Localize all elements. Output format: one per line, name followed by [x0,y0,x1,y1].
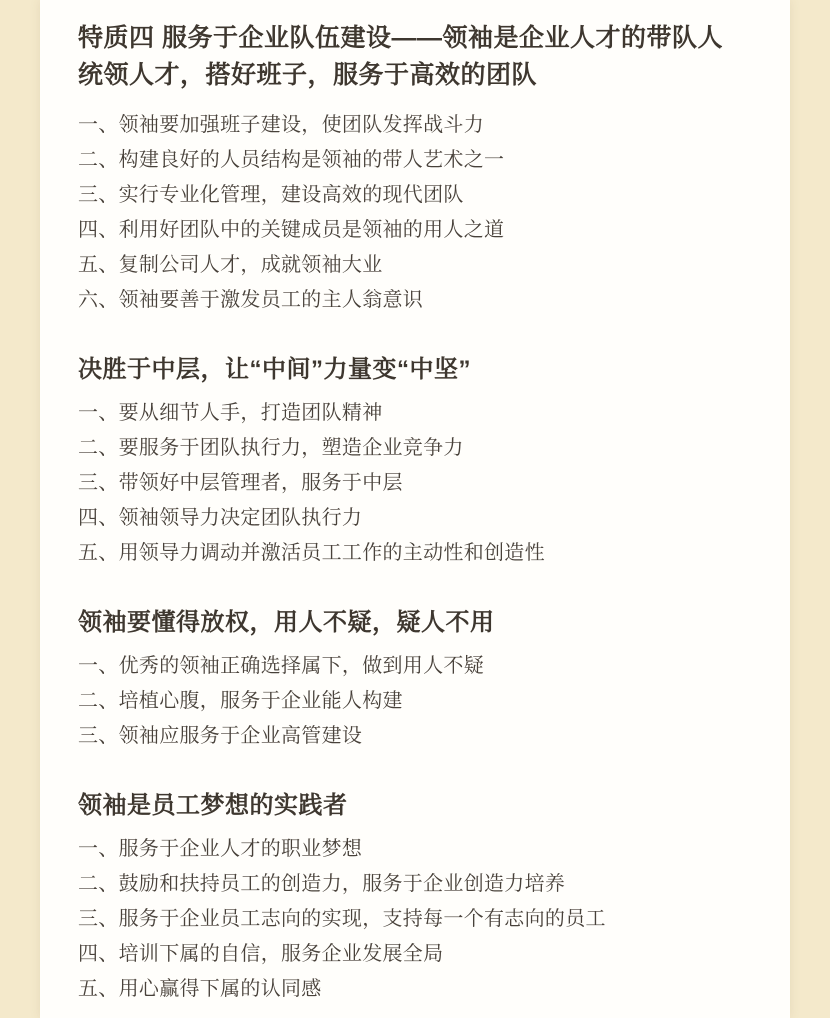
list-item: 五、用领导力调动并激活员工工作的主动性和创造性 [78,536,752,571]
list-item: 三、实行专业化管理，建设高效的现代团队 [78,178,752,213]
list-item: 一、服务于企业人才的职业梦想 [78,832,752,867]
list-item: 一、优秀的领袖正确选择属下，做到用人不疑 [78,649,752,684]
list-item: 三、服务于企业员工志向的实现，支持每一个有志向的员工 [78,902,752,937]
section-1-list: 一、领袖要加强班子建设，使团队发挥战斗力 二、构建良好的人员结构是领袖的带人艺术… [78,108,752,318]
list-item: 三、领袖应服务于企业高管建设 [78,719,752,754]
list-item: 六、领袖要善于激发员工的主人翁意识 [78,283,752,318]
list-item: 四、培训下属的自信，服务企业发展全局 [78,937,752,972]
list-item: 五、用心赢得下属的认同感 [78,972,752,1007]
list-item: 三、带领好中层管理者，服务于中层 [78,466,752,501]
list-item: 四、领袖领导力决定团队执行力 [78,501,752,536]
section-2-heading: 决胜于中层，让“中间”力量变“中坚” [78,354,752,386]
list-item: 一、领袖要加强班子建设，使团队发挥战斗力 [78,108,752,143]
list-item: 二、鼓励和扶持员工的创造力，服务于企业创造力培养 [78,867,752,902]
list-item: 一、要从细节人手，打造团队精神 [78,396,752,431]
section-4-heading: 领袖是员工梦想的实践者 [78,790,752,822]
content-panel: 特质四 服务于企业队伍建设——领袖是企业人才的带队人 统领人才，搭好班子，服务于… [40,0,790,1018]
list-item: 二、构建良好的人员结构是领袖的带人艺术之一 [78,143,752,178]
section-3-heading: 领袖要懂得放权，用人不疑，疑人不用 [78,607,752,639]
page-background: 特质四 服务于企业队伍建设——领袖是企业人才的带队人 统领人才，搭好班子，服务于… [0,0,830,1018]
list-item: 五、复制公司人才，成就领袖大业 [78,248,752,283]
page-title-line-2: 统领人才，搭好班子，服务于高效的团队 [78,61,537,89]
list-item: 二、要服务于团队执行力，塑造企业竞争力 [78,431,752,466]
page-title: 特质四 服务于企业队伍建设——领袖是企业人才的带队人 统领人才，搭好班子，服务于… [78,20,752,94]
list-item: 四、利用好团队中的关键成员是领袖的用人之道 [78,213,752,248]
list-item: 二、培植心腹，服务于企业能人构建 [78,684,752,719]
section-3-list: 一、优秀的领袖正确选择属下，做到用人不疑 二、培植心腹，服务于企业能人构建 三、… [78,649,752,754]
section-2-list: 一、要从细节人手，打造团队精神 二、要服务于团队执行力，塑造企业竞争力 三、带领… [78,396,752,571]
page-title-line-1: 特质四 服务于企业队伍建设——领袖是企业人才的带队人 [78,24,723,52]
section-4-list: 一、服务于企业人才的职业梦想 二、鼓励和扶持员工的创造力，服务于企业创造力培养 … [78,832,752,1007]
